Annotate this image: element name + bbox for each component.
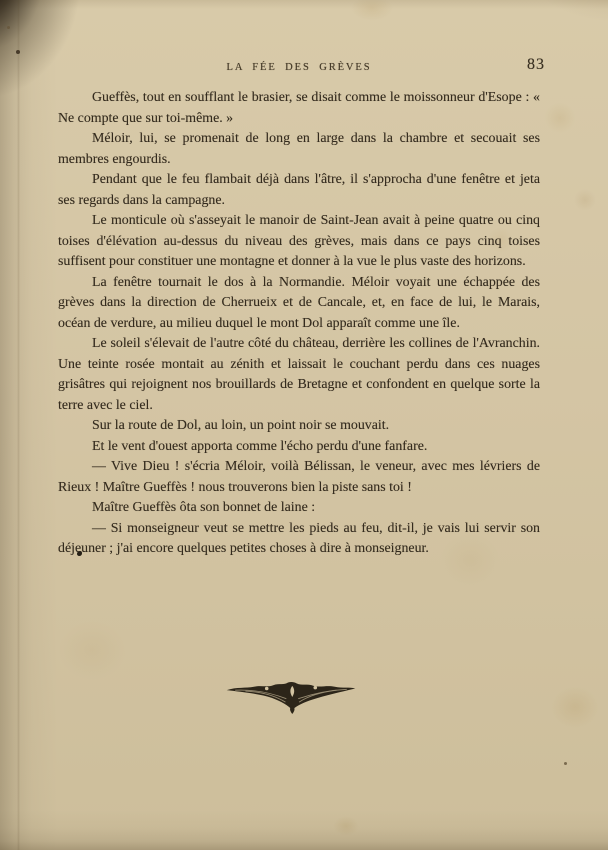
paragraph-10: Maître Gueffès ôta son bonnet de laine : [58, 498, 540, 519]
tailpiece-ornament-icon [225, 678, 357, 716]
paragraph-8: Et le vent d'ouest apporta comme l'écho … [58, 437, 540, 458]
paragraph-2: Méloir, lui, se promenait de long en lar… [58, 129, 540, 170]
paragraph-1: Gueffès, tout en soufflant le brasier, s… [58, 88, 540, 129]
page-number: 83 [527, 56, 545, 74]
page-header: LA FÉE DES GRÈVES 83 [58, 58, 540, 80]
paragraph-5: La fenêtre tournait le dos à la Normandi… [58, 273, 540, 335]
body-text: Gueffès, tout en soufflant le brasier, s… [58, 88, 540, 560]
book-page-scan: LA FÉE DES GRÈVES 83 Gueffès, tout en so… [0, 0, 608, 850]
paragraph-4: Le monticule où s'asseyait le manoir de … [58, 211, 540, 273]
paper-speck [16, 50, 20, 54]
paragraph-9: — Vive Dieu ! s'écria Méloir, voilà Béli… [58, 457, 540, 498]
paper-speck [564, 762, 567, 765]
paragraph-7: Sur la route de Dol, au loin, un point n… [58, 416, 540, 437]
paper-speck [7, 26, 10, 29]
paragraph-3: Pendant que le feu flambait déjà dans l'… [58, 170, 540, 211]
paragraph-11: — Si monseigneur veut se mettre les pied… [58, 519, 540, 560]
running-title: LA FÉE DES GRÈVES [58, 58, 540, 73]
paragraph-6: Le soleil s'élevait de l'autre côté du c… [58, 334, 540, 416]
